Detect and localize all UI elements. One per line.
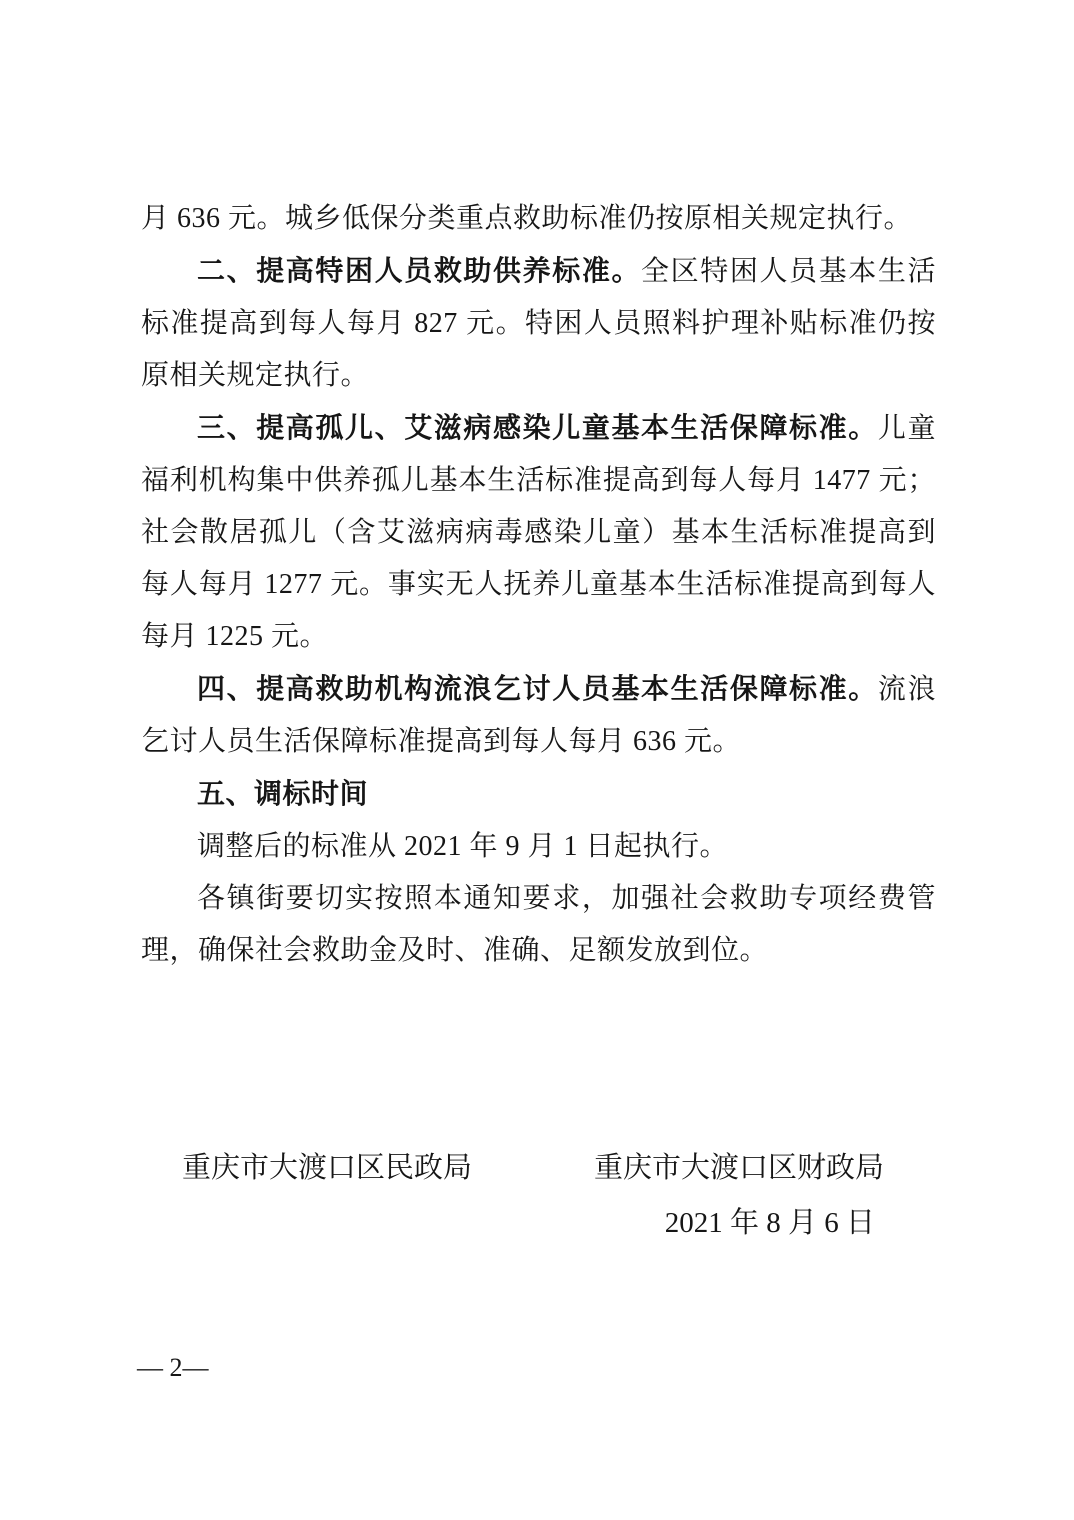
signature-block: 重庆市大渡口区民政局 重庆市大渡口区财政局 2021 年 8 月 6 日	[141, 1141, 936, 1251]
section-3-heading: 三、提高孤儿、艾滋病感染儿童基本生活保障标准。	[197, 412, 878, 443]
paragraph-text: 各镇街要切实按照本通知要求，加强社会救助专项经费管理，确保社会救助金及时、准确、…	[141, 883, 936, 966]
section-4-heading: 四、提高救助机构流浪乞讨人员基本生活保障标准。	[197, 673, 878, 704]
signature-left-agency: 重庆市大渡口区民政局	[182, 1141, 472, 1196]
paragraph-text: 月 636 元。城乡低保分类重点救助标准仍按原相关规定执行。	[141, 203, 912, 234]
signature-date: 2021 年 8 月 6 日	[665, 1207, 875, 1239]
signature-row: 重庆市大渡口区民政局 重庆市大渡口区财政局	[141, 1141, 936, 1196]
paragraph-closing: 各镇街要切实按照本通知要求，加强社会救助专项经费管理，确保社会救助金及时、准确、…	[141, 873, 936, 977]
section-2-heading: 二、提高特困人员救助供养标准。	[197, 255, 641, 286]
paragraph-effective-date: 调整后的标准从 2021 年 9 月 1 日起执行。	[141, 821, 936, 873]
section-5-heading: 五、调标时间	[197, 778, 368, 809]
paragraph-section-5: 五、调标时间	[141, 768, 936, 821]
paragraph-text: 儿童福利机构集中供养孤儿基本生活标准提高到每人每月 1477 元；社会散居孤儿（…	[141, 413, 936, 652]
document-page: 月 636 元。城乡低保分类重点救助标准仍按原相关规定执行。 二、提高特困人员救…	[0, 0, 1074, 1520]
paragraph-section-2: 二、提高特困人员救助供养标准。全区特困人员基本生活标准提高到每人每月 827 元…	[141, 245, 936, 402]
paragraph-section-4: 四、提高救助机构流浪乞讨人员基本生活保障标准。流浪乞讨人员生活保障标准提高到每人…	[141, 663, 936, 768]
page-number: — 2—	[137, 1352, 209, 1384]
document-body: 月 636 元。城乡低保分类重点救助标准仍按原相关规定执行。 二、提高特困人员救…	[141, 193, 936, 977]
paragraph-text: 调整后的标准从 2021 年 9 月 1 日起执行。	[197, 831, 728, 862]
signature-right-agency: 重庆市大渡口区财政局	[594, 1141, 884, 1196]
signature-date-row: 2021 年 8 月 6 日	[141, 1196, 936, 1251]
paragraph-section-3: 三、提高孤儿、艾滋病感染儿童基本生活保障标准。儿童福利机构集中供养孤儿基本生活标…	[141, 402, 936, 663]
paragraph-continuation: 月 636 元。城乡低保分类重点救助标准仍按原相关规定执行。	[141, 193, 936, 245]
